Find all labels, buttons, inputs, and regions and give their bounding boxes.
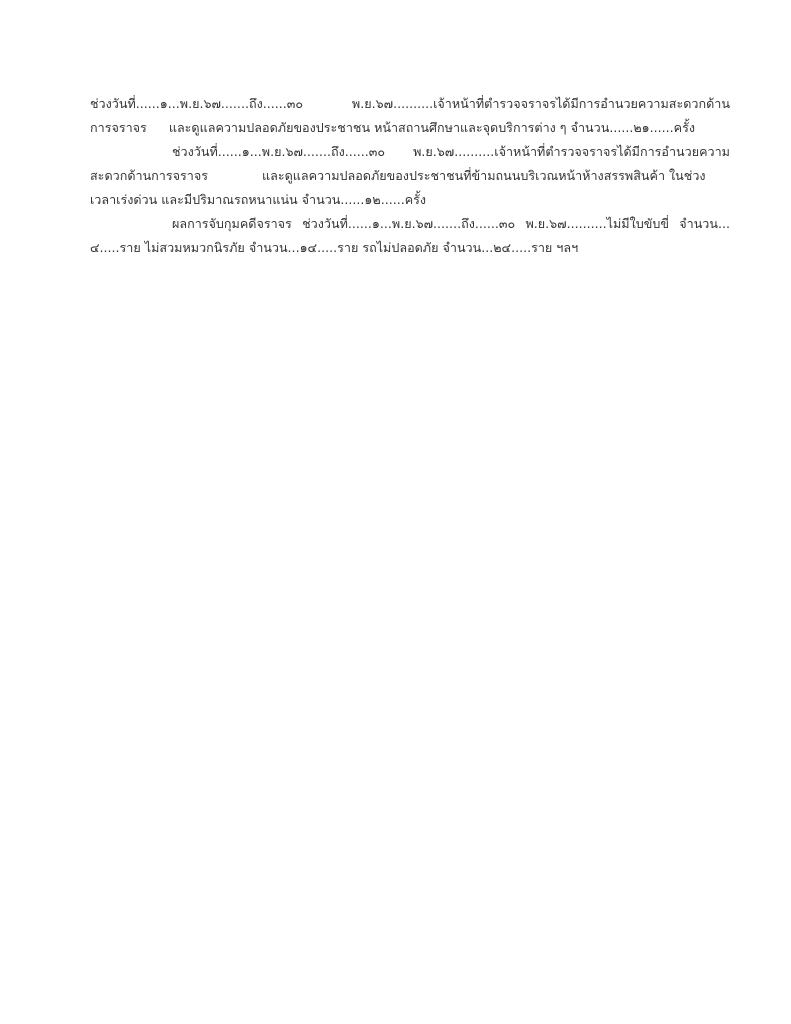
- text-line: การจราจรและดูแลความปลอดภัยของประชาชน หน้…: [90, 116, 730, 140]
- text-segment: และดูแลความปลอดภัยของประชาชนที่ข้ามถนนบร…: [262, 168, 706, 183]
- text-line: ช่วงวันที่......๑...พ.ย.๖๗.......ถึง....…: [90, 92, 730, 116]
- text-line: ๔.....ราย ไม่สวมหมวกนิรภัย จำนวน...๑๔...…: [90, 236, 730, 260]
- document-page: ช่วงวันที่......๑...พ.ย.๖๗.......ถึง....…: [90, 92, 730, 260]
- paragraph-traffic-assistance-malls: ช่วงวันที่......๑...พ.ย.๖๗.......ถึง....…: [90, 140, 730, 212]
- text-segment: และดูแลความปลอดภัยของประชาชน หน้าสถานศึก…: [169, 120, 695, 135]
- text-line: สะดวกด้านการจราจรและดูแลความปลอดภัยของปร…: [90, 164, 730, 188]
- text-line: เวลาเร่งด่วน และมีปริมาณรถหนาแน่น จำนวน.…: [90, 188, 730, 212]
- text-line: ผลการจับกุมคดีจราจร ช่วงวันที่......๑...…: [90, 212, 730, 236]
- paragraph-traffic-assistance-schools: ช่วงวันที่......๑...พ.ย.๖๗.......ถึง....…: [90, 92, 730, 140]
- text-segment: การจราจร: [90, 120, 147, 135]
- text-line: ช่วงวันที่......๑...พ.ย.๖๗.......ถึง....…: [90, 140, 730, 164]
- text-segment: สะดวกด้านการจราจร: [90, 168, 208, 183]
- paragraph-traffic-arrests: ผลการจับกุมคดีจราจร ช่วงวันที่......๑...…: [90, 212, 730, 260]
